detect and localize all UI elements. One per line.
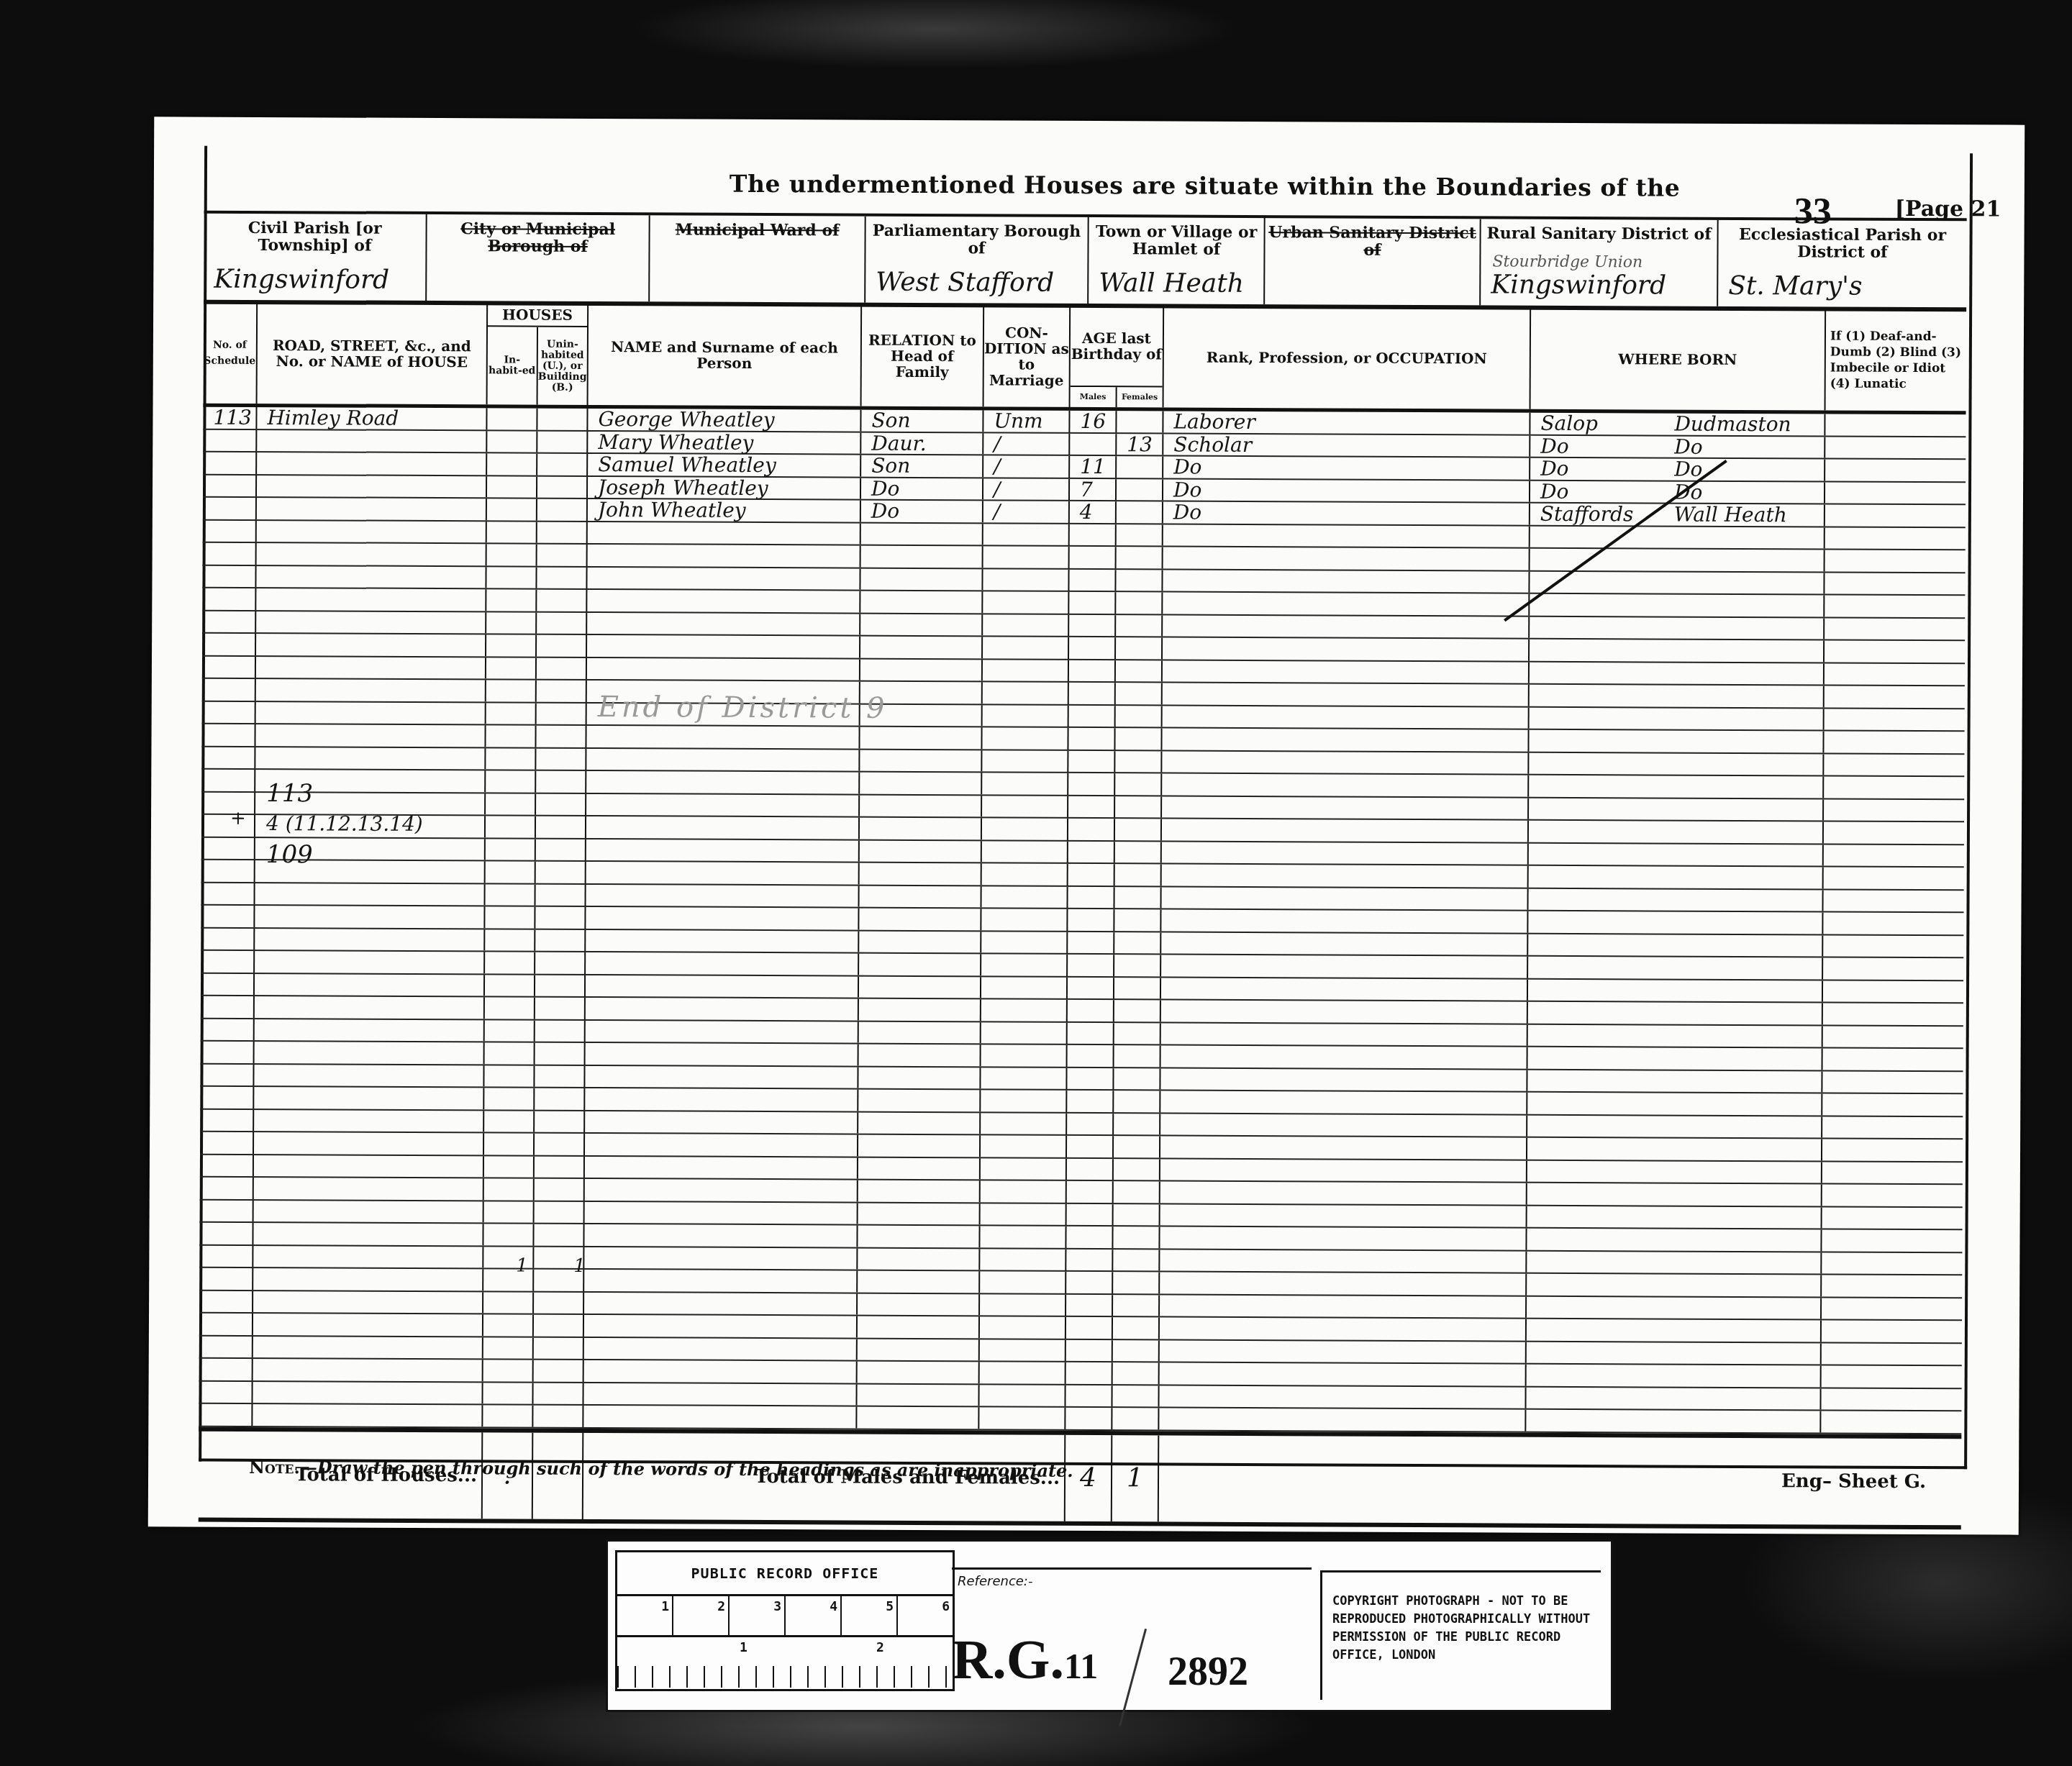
cell-inhab xyxy=(485,975,535,996)
cell-inhab xyxy=(484,1065,535,1087)
public-record-office-label: PUBLIC RECORD OFFICE 1 2 3 4 5 6 1 2 Ref… xyxy=(606,1539,1613,1712)
cell-name xyxy=(586,929,859,952)
cell-born xyxy=(1527,1115,1822,1137)
cell-name xyxy=(586,884,860,906)
cell-schedule xyxy=(199,1245,253,1267)
cell-male xyxy=(1069,592,1116,614)
rural-sanitary-sub: Stourbridge Union xyxy=(1492,252,1642,271)
cell-uninhab xyxy=(537,703,587,724)
cell-name xyxy=(585,1156,858,1178)
cell-occupation xyxy=(1160,1362,1527,1385)
cell-female xyxy=(1113,1226,1160,1248)
cell-road xyxy=(256,634,486,656)
cell-inhab xyxy=(486,816,536,837)
cell-relation xyxy=(858,1316,980,1338)
cell-condition xyxy=(982,750,1068,772)
col-females: Females xyxy=(1117,387,1163,407)
cell-inhab xyxy=(485,1042,535,1064)
cell-inhab xyxy=(485,906,535,928)
cell-occupation xyxy=(1162,887,1529,910)
cell-born xyxy=(1528,1047,1823,1070)
cell-infirmity xyxy=(1825,618,1965,640)
cell-relation xyxy=(858,1180,981,1202)
cell-born xyxy=(1530,707,1825,729)
cell-uninhab xyxy=(533,1406,583,1427)
cell-occupation xyxy=(1160,1272,1527,1295)
cell-name xyxy=(586,726,860,748)
cell-male xyxy=(1069,614,1116,636)
cell-schedule xyxy=(200,1178,254,1199)
cell-occupation: Do xyxy=(1163,479,1530,502)
pro-ruler: 1 2 xyxy=(617,1637,953,1688)
cell-female xyxy=(1117,456,1163,478)
cell-relation xyxy=(859,1044,981,1066)
cell-name xyxy=(583,1406,857,1428)
col-name: NAME and Surname of each Person xyxy=(589,304,863,406)
cell-uninhab xyxy=(535,1111,585,1132)
cell-inhab xyxy=(486,657,537,679)
cell-uninhab xyxy=(536,748,586,770)
cell-female xyxy=(1116,570,1163,591)
cell-infirmity xyxy=(1822,1207,1963,1229)
cell-schedule xyxy=(201,883,255,904)
cell-female xyxy=(1117,501,1163,523)
cell-relation xyxy=(860,773,982,794)
cell-schedule xyxy=(199,1359,253,1380)
cell-inhab xyxy=(483,1405,533,1426)
cell-relation xyxy=(858,1157,981,1179)
cell-infirmity xyxy=(1822,1162,1963,1183)
cell-female xyxy=(1114,1045,1161,1067)
cell-occupation xyxy=(1163,683,1530,706)
cell-male xyxy=(1069,637,1116,659)
admin-civil-parish: Civil Parish [or Township] of Kingswinfo… xyxy=(204,214,427,301)
cell-male xyxy=(1067,1113,1114,1134)
cell-road xyxy=(255,747,486,769)
cell-schedule xyxy=(199,1223,253,1244)
admin-rural-sanitary: Rural Sanitary District of Stourbridge U… xyxy=(1481,219,1719,306)
cell-name xyxy=(584,1315,858,1337)
cell-born: DoDo xyxy=(1530,458,1825,481)
cell-female xyxy=(1114,909,1161,931)
cell-name xyxy=(585,1179,858,1201)
cell-inhab xyxy=(484,1088,535,1109)
cell-born xyxy=(1527,1138,1822,1160)
cell-female xyxy=(1115,728,1162,750)
cell-infirmity xyxy=(1825,709,1965,730)
pro-reference: Reference:- R.G.11 2892 xyxy=(952,1567,1312,1706)
cell-road xyxy=(253,1336,483,1358)
cell-uninhab xyxy=(537,522,588,543)
col-males: Males xyxy=(1071,387,1117,407)
cell-born: StaffordsWall Heath xyxy=(1530,504,1825,526)
cell-condition xyxy=(982,773,1068,794)
cell-occupation xyxy=(1163,706,1530,729)
cell-female xyxy=(1115,842,1162,863)
cell-name xyxy=(586,816,860,839)
cell-inhab xyxy=(486,589,537,611)
pro-scale-numbers: 1 2 3 4 5 6 xyxy=(617,1596,953,1637)
cell-male xyxy=(1068,886,1115,908)
cell-infirmity xyxy=(1824,799,1964,821)
cell-infirmity xyxy=(1825,573,1965,594)
cell-condition xyxy=(979,1407,1065,1429)
cell-born xyxy=(1528,979,1823,1001)
cell-condition xyxy=(981,1090,1067,1111)
col-infirmity: If (1) Deaf-and-Dumb (2) Blind (3) Imbec… xyxy=(1826,309,1967,411)
cell-condition xyxy=(983,569,1069,591)
cell-condition xyxy=(983,705,1069,727)
cell-name xyxy=(584,1292,858,1314)
cell-condition: / xyxy=(983,433,1070,455)
cell-road xyxy=(254,1178,484,1200)
cell-condition xyxy=(980,1339,1066,1361)
cell-born xyxy=(1530,662,1825,684)
total-females: 1 xyxy=(1112,1435,1160,1521)
cell-female xyxy=(1116,660,1163,682)
cell-infirmity xyxy=(1824,821,1964,843)
cell-infirmity xyxy=(1825,640,1965,662)
cell-name: George Wheatley xyxy=(588,409,861,431)
cell-infirmity xyxy=(1822,1229,1962,1251)
cell-male xyxy=(1068,1000,1114,1021)
cell-condition: Unm xyxy=(983,410,1070,432)
cell-relation: Do xyxy=(861,478,983,499)
cell-condition xyxy=(981,977,1068,998)
cell-condition xyxy=(981,999,1068,1021)
cell-uninhab xyxy=(537,409,588,430)
cell-infirmity xyxy=(1822,1184,1963,1206)
cell-male xyxy=(1066,1317,1113,1339)
cell-uninhab xyxy=(535,1020,586,1042)
cell-inhab xyxy=(483,1337,534,1359)
cell-male: 7 xyxy=(1070,478,1117,500)
cell-schedule xyxy=(200,1087,254,1109)
cell-male xyxy=(1067,1136,1114,1157)
cell-born xyxy=(1530,616,1825,639)
cell-name xyxy=(584,1337,858,1360)
cell-inhab xyxy=(486,770,536,792)
end-of-district-note: End of District 9 xyxy=(598,691,888,725)
cell-born: SalopDudmaston xyxy=(1530,413,1825,435)
cell-condition xyxy=(983,637,1069,658)
cell-occupation xyxy=(1160,1068,1527,1091)
cell-relation: Son xyxy=(861,455,983,477)
cell-schedule xyxy=(200,1132,254,1154)
cell-condition xyxy=(983,614,1069,636)
cell-name xyxy=(587,567,860,589)
cell-born-place: Do xyxy=(1674,481,1702,502)
cell-condition: / xyxy=(983,478,1070,500)
cell-male xyxy=(1070,524,1117,545)
cell-relation xyxy=(860,659,983,681)
col-uninhabited: Unin-habited (U.), or Building (B.) xyxy=(538,327,587,405)
cell-born xyxy=(1528,1024,1823,1047)
cell-condition xyxy=(980,1271,1066,1293)
cell-road xyxy=(253,1314,483,1336)
cell-relation xyxy=(860,840,982,862)
cell-occupation xyxy=(1162,728,1529,751)
cell-road xyxy=(257,475,487,497)
cell-name xyxy=(586,1020,859,1042)
cell-male xyxy=(1066,1272,1113,1293)
cell-condition xyxy=(980,1249,1066,1270)
cell-occupation xyxy=(1162,751,1529,774)
cell-name xyxy=(586,998,859,1020)
cell-schedule xyxy=(199,1291,253,1312)
cell-condition xyxy=(982,818,1068,839)
cell-occupation xyxy=(1160,1159,1527,1182)
cell-born xyxy=(1527,1365,1822,1387)
cell-inhab xyxy=(487,431,537,452)
cell-female xyxy=(1114,1204,1160,1226)
cell-infirmity xyxy=(1825,437,1966,458)
cell-condition xyxy=(982,886,1068,908)
cell-relation xyxy=(861,523,983,545)
admin-town-village: Town or Village or Hamlet of Wall Heath xyxy=(1089,217,1266,304)
cell-female xyxy=(1114,1181,1160,1203)
cell-female xyxy=(1115,819,1162,840)
cell-relation xyxy=(860,637,983,658)
cell-uninhab xyxy=(535,1088,585,1110)
cell-born xyxy=(1527,1093,1822,1115)
cell-schedule xyxy=(201,747,255,768)
cell-schedule xyxy=(199,1268,253,1290)
cell-female xyxy=(1114,1023,1161,1044)
cell-condition xyxy=(983,660,1069,681)
cell-infirmity xyxy=(1824,845,1964,866)
cell-relation xyxy=(860,863,982,885)
census-rows: 113Himley RoadGeorge WheatleySonUnm16Lab… xyxy=(199,407,1966,1434)
cell-road xyxy=(257,452,487,475)
cell-female xyxy=(1117,479,1163,501)
cell-road xyxy=(253,1268,483,1291)
cell-schedule xyxy=(201,996,255,1018)
cell-schedule xyxy=(203,475,257,496)
cell-born xyxy=(1527,1296,1822,1319)
cell-name xyxy=(584,1247,858,1269)
cell-female xyxy=(1116,706,1163,727)
cell-born-place: Wall Heath xyxy=(1674,504,1787,526)
cell-inhab xyxy=(483,1292,534,1314)
cell-road xyxy=(255,906,485,928)
cell-uninhab xyxy=(536,771,586,793)
cell-male xyxy=(1068,1022,1114,1044)
cell-schedule: 113 xyxy=(203,407,257,429)
cell-schedule xyxy=(201,928,255,950)
cell-schedule xyxy=(201,770,255,791)
cell-male xyxy=(1068,977,1114,998)
cell-female xyxy=(1116,615,1163,637)
cell-road xyxy=(257,498,487,520)
cell-uninhab xyxy=(535,975,586,996)
cell-name: John Wheatley xyxy=(588,499,861,522)
cell-born xyxy=(1529,798,1824,820)
cell-road xyxy=(255,996,485,1019)
cell-infirmity xyxy=(1825,482,1966,504)
cell-uninhab xyxy=(537,454,588,475)
cell-male xyxy=(1069,705,1116,727)
cell-infirmity xyxy=(1825,595,1965,616)
cell-relation: Son xyxy=(861,410,983,432)
cell-inhab xyxy=(484,1133,535,1155)
cell-infirmity xyxy=(1825,504,1966,526)
cell-condition xyxy=(981,1113,1067,1134)
admin-municipal-borough: City or Municipal Borough of xyxy=(427,214,650,301)
cell-born xyxy=(1527,1251,1822,1273)
cell-relation xyxy=(859,976,981,998)
cell-male xyxy=(1067,1068,1114,1089)
cell-relation xyxy=(859,954,981,975)
cell-female xyxy=(1116,637,1163,659)
cell-occupation xyxy=(1159,1385,1526,1408)
cell-relation xyxy=(858,1203,981,1224)
cell-born xyxy=(1528,1002,1823,1024)
cell-schedule xyxy=(200,1064,254,1085)
cell-uninhab xyxy=(536,839,586,860)
col-schedule: No. of Schedule xyxy=(204,303,258,404)
cell-relation xyxy=(860,818,982,839)
cell-female xyxy=(1115,773,1162,795)
cell-inhab xyxy=(487,522,537,543)
cell-male xyxy=(1067,1091,1114,1112)
cell-female xyxy=(1115,887,1162,909)
cell-male xyxy=(1066,1226,1113,1248)
cell-uninhab xyxy=(534,1360,584,1382)
cell-uninhab xyxy=(537,590,587,611)
cell-relation xyxy=(858,1090,981,1111)
cell-name xyxy=(586,793,860,816)
cell-schedule xyxy=(200,1200,254,1221)
cell-condition xyxy=(981,1135,1067,1157)
cell-condition xyxy=(983,546,1070,568)
cell-schedule xyxy=(201,724,255,746)
cell-female xyxy=(1114,1159,1160,1180)
cell-schedule xyxy=(201,837,255,859)
cell-occupation xyxy=(1163,524,1530,547)
cell-male xyxy=(1068,864,1115,886)
column-headers: No. of Schedule ROAD, STREET, &c., and N… xyxy=(204,303,1967,415)
cell-uninhab xyxy=(535,1065,585,1087)
cell-relation xyxy=(860,568,983,590)
cell-occupation xyxy=(1162,796,1529,819)
cell-born xyxy=(1527,1183,1822,1206)
cell-uninhab xyxy=(535,1156,585,1178)
cell-infirmity xyxy=(1822,1298,1962,1319)
pro-scale-block: PUBLIC RECORD OFFICE 1 2 3 4 5 6 1 2 xyxy=(615,1550,955,1691)
cell-male xyxy=(1068,932,1114,953)
cell-uninhab xyxy=(533,1383,583,1404)
cell-male xyxy=(1069,683,1116,704)
cell-name xyxy=(586,907,859,929)
cell-born xyxy=(1529,821,1824,843)
cell-male xyxy=(1065,1408,1112,1429)
cell-relation xyxy=(859,1021,981,1043)
cell-name xyxy=(584,1224,858,1247)
cell-road xyxy=(253,1245,483,1267)
cell-male xyxy=(1068,773,1115,795)
cell-female xyxy=(1114,978,1161,999)
cell-schedule xyxy=(202,656,256,678)
cell-inhab xyxy=(485,1020,535,1042)
cell-occupation xyxy=(1161,1045,1528,1068)
cell-road xyxy=(256,611,486,633)
cell-condition xyxy=(982,863,1068,885)
cell-inhab xyxy=(487,499,537,520)
cell-name xyxy=(584,1270,858,1292)
cell-infirmity xyxy=(1821,1388,1961,1410)
cell-inhab xyxy=(486,793,536,815)
cell-name xyxy=(585,1134,858,1156)
cell-occupation xyxy=(1163,660,1530,683)
cell-uninhab xyxy=(537,476,588,498)
cell-condition xyxy=(983,591,1069,613)
cell-condition xyxy=(981,954,1068,975)
cell-male xyxy=(1068,750,1115,772)
col-occupation: Rank, Profession, or OCCUPATION xyxy=(1164,306,1532,409)
cell-uninhab xyxy=(534,1315,584,1337)
cell-road xyxy=(253,1404,483,1426)
cell-infirmity xyxy=(1825,459,1966,481)
cell-relation xyxy=(858,1135,981,1157)
cell-born xyxy=(1528,957,1823,979)
cell-relation xyxy=(860,750,982,771)
cell-infirmity xyxy=(1822,1343,1962,1365)
cell-inhab xyxy=(485,929,535,951)
cell-born-place: Dudmaston xyxy=(1674,414,1791,435)
cell-infirmity xyxy=(1825,414,1966,435)
cell-schedule xyxy=(202,701,256,723)
cell-born xyxy=(1529,775,1824,798)
cell-road xyxy=(253,1381,483,1403)
cell-inhab xyxy=(487,476,537,498)
cell-road xyxy=(256,565,486,588)
cell-road xyxy=(257,520,487,542)
cell-name xyxy=(585,1111,858,1133)
cell-female xyxy=(1113,1272,1160,1293)
admin-municipal-ward: Municipal Ward of xyxy=(650,215,866,302)
cell-name xyxy=(583,1383,857,1405)
cell-inhab xyxy=(484,1178,535,1200)
cell-condition xyxy=(981,1022,1068,1044)
cell-schedule xyxy=(200,1155,254,1176)
cell-inhab xyxy=(486,567,537,588)
cell-male xyxy=(1070,433,1117,455)
cell-occupation xyxy=(1163,637,1530,660)
cell-condition xyxy=(981,1158,1067,1180)
cell-inhab xyxy=(486,884,536,906)
cell-occupation xyxy=(1160,1204,1527,1227)
cell-infirmity xyxy=(1822,1320,1962,1342)
cell-schedule xyxy=(202,679,256,701)
admin-boundaries-row: Civil Parish [or Township] of Kingswinfo… xyxy=(204,214,1967,312)
cell-name xyxy=(585,1088,858,1111)
cell-uninhab xyxy=(537,499,588,521)
cell-born xyxy=(1528,934,1823,956)
cell-relation: Do xyxy=(861,501,983,522)
cell-occupation xyxy=(1162,842,1529,865)
cell-inhab xyxy=(486,634,537,656)
cell-road xyxy=(256,679,486,701)
cell-road xyxy=(253,1359,483,1381)
cell-female xyxy=(1114,1091,1160,1112)
cell-occupation xyxy=(1163,547,1530,570)
sheet-identifier: Eng– Sheet G. xyxy=(1781,1470,1926,1493)
cell-road: Himley Road xyxy=(257,407,487,429)
cell-female: 13 xyxy=(1117,434,1163,455)
cell-schedule xyxy=(203,429,257,451)
cell-born xyxy=(1527,1229,1822,1251)
